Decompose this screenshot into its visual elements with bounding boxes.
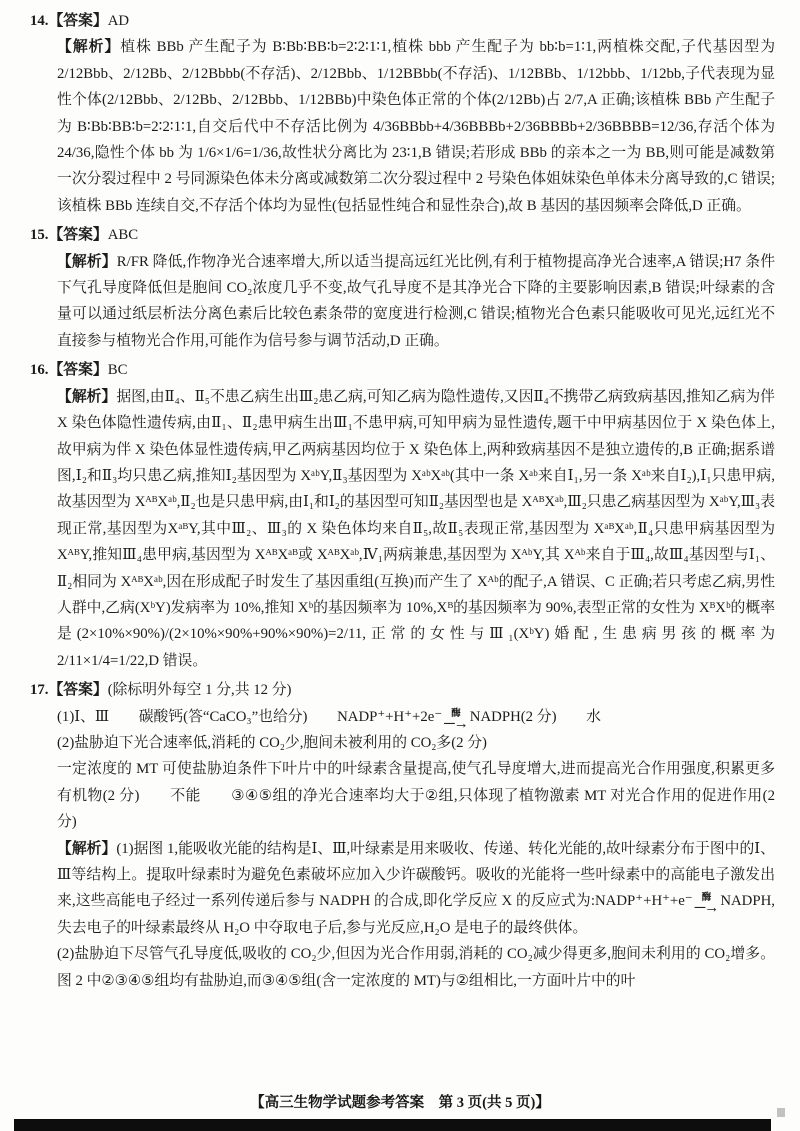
enzyme-arrow: 酶─→ (444, 709, 468, 730)
answer-label: 【答案】 (49, 362, 108, 378)
answers-list: 14.【答案】AD【解析】植株 BBb 产生配子为 B∶Bb∶BB∶b=2∶2∶… (0, 0, 800, 994)
paragraph-text: NADPH(2 分) 水 (470, 709, 601, 725)
question-number: 17. (30, 682, 49, 698)
analysis-label: 【解析】 (57, 841, 116, 857)
paragraph-text: 据图,由Ⅱ₄、Ⅱ₅不患乙病生出Ⅲ₂患乙病,可知乙病为隐性遗传,又因Ⅱ₄不携带乙病… (57, 389, 775, 669)
answer-value: BC (108, 362, 128, 378)
answer-item: 15.【答案】ABC【解析】R/FR 降低,作物净光合速率增大,所以适当提高远红… (30, 222, 775, 354)
question-number: 15. (30, 227, 49, 243)
analysis-label: 【解析】 (57, 254, 117, 270)
explanation-paragraph: 【解析】R/FR 降低,作物净光合速率增大,所以适当提高远红光比例,有利于植物提… (57, 249, 775, 355)
answer-head: 17.【答案】(除标明外每空 1 分,共 12 分) (30, 677, 775, 703)
paragraph-text: 植株 BBb 产生配子为 B∶Bb∶BB∶b=2∶2∶1∶1,植株 bbb 产生… (57, 39, 775, 213)
paragraph-text: (2)盐胁迫下光合速率低,消耗的 CO₂少,胞间未被利用的 CO₂多(2 分) (57, 735, 487, 751)
paragraph-text: (2)盐胁迫下尽管气孔导度低,吸收的 CO₂少,但因为光合作用弱,消耗的 CO₂… (57, 946, 775, 988)
answer-head: 14.【答案】AD (30, 8, 775, 34)
answer-label: 【答案】 (49, 13, 108, 29)
page-footer: 【高三生物学试题参考答案 第 3 页(共 5 页)】 (0, 1091, 800, 1112)
explanation-paragraph: 【解析】植株 BBb 产生配子为 B∶Bb∶BB∶b=2∶2∶1∶1,植株 bb… (57, 34, 775, 219)
enzyme-arrow: 酶─→ (695, 893, 719, 914)
explanation-paragraph: (2)盐胁迫下尽管气孔导度低,吸收的 CO₂少,但因为光合作用弱,消耗的 CO₂… (57, 941, 775, 994)
answer-label: 【答案】 (49, 682, 108, 698)
answer-head: 16.【答案】BC (30, 357, 775, 383)
analysis-label: 【解析】 (57, 389, 116, 405)
answer-value: (除标明外每空 1 分,共 12 分) (108, 682, 292, 698)
answer-label: 【答案】 (49, 227, 108, 243)
answer-item: 17.【答案】(除标明外每空 1 分,共 12 分)(1)Ⅰ、Ⅲ 碳酸钙(答“C… (30, 677, 775, 994)
paragraph-text: (1)据图 1,能吸收光能的结构是Ⅰ、Ⅲ,叶绿素是用来吸收、传递、转化光能的,故… (57, 841, 775, 910)
explanation-paragraph: 一定浓度的 MT 可使盐胁迫条件下叶片中的叶绿素含量提高,使气孔导度增大,进而提… (57, 756, 775, 835)
answer-value: AD (108, 13, 129, 29)
question-number: 16. (30, 362, 49, 378)
explanation-paragraph: 【解析】据图,由Ⅱ₄、Ⅱ₅不患乙病生出Ⅲ₂患乙病,可知乙病为隐性遗传,又因Ⅱ₄不… (57, 384, 775, 674)
bottom-scan-bar (14, 1119, 771, 1131)
answer-item: 14.【答案】AD【解析】植株 BBb 产生配子为 B∶Bb∶BB∶b=2∶2∶… (30, 8, 775, 219)
answer-sheet-page: 14.【答案】AD【解析】植株 BBb 产生配子为 B∶Bb∶BB∶b=2∶2∶… (0, 0, 800, 1131)
paragraph-text: (1)Ⅰ、Ⅲ 碳酸钙(答“CaCO₃”也给分) NADP⁺+H⁺+2e⁻ (57, 709, 442, 725)
paragraph-text: 一定浓度的 MT 可使盐胁迫条件下叶片中的叶绿素含量提高,使气孔导度增大,进而提… (57, 761, 775, 830)
explanation-paragraph: (2)盐胁迫下光合速率低,消耗的 CO₂少,胞间未被利用的 CO₂多(2 分) (57, 730, 775, 756)
question-number: 14. (30, 13, 49, 29)
paragraph-text: R/FR 降低,作物净光合速率增大,所以适当提高远红光比例,有利于植物提高净光合… (57, 254, 775, 349)
explanation-paragraph: (1)Ⅰ、Ⅲ 碳酸钙(答“CaCO₃”也给分) NADP⁺+H⁺+2e⁻酶─→N… (57, 704, 775, 730)
arrow-shaft-icon: ─→ (444, 719, 468, 730)
scan-edge-mark (777, 1108, 785, 1117)
answer-value: ABC (108, 227, 138, 243)
analysis-label: 【解析】 (57, 39, 120, 55)
answer-item: 16.【答案】BC【解析】据图,由Ⅱ₄、Ⅱ₅不患乙病生出Ⅲ₂患乙病,可知乙病为隐… (30, 357, 775, 674)
arrow-shaft-icon: ─→ (695, 903, 719, 914)
answer-head: 15.【答案】ABC (30, 222, 775, 248)
explanation-paragraph: 【解析】(1)据图 1,能吸收光能的结构是Ⅰ、Ⅲ,叶绿素是用来吸收、传递、转化光… (57, 836, 775, 942)
